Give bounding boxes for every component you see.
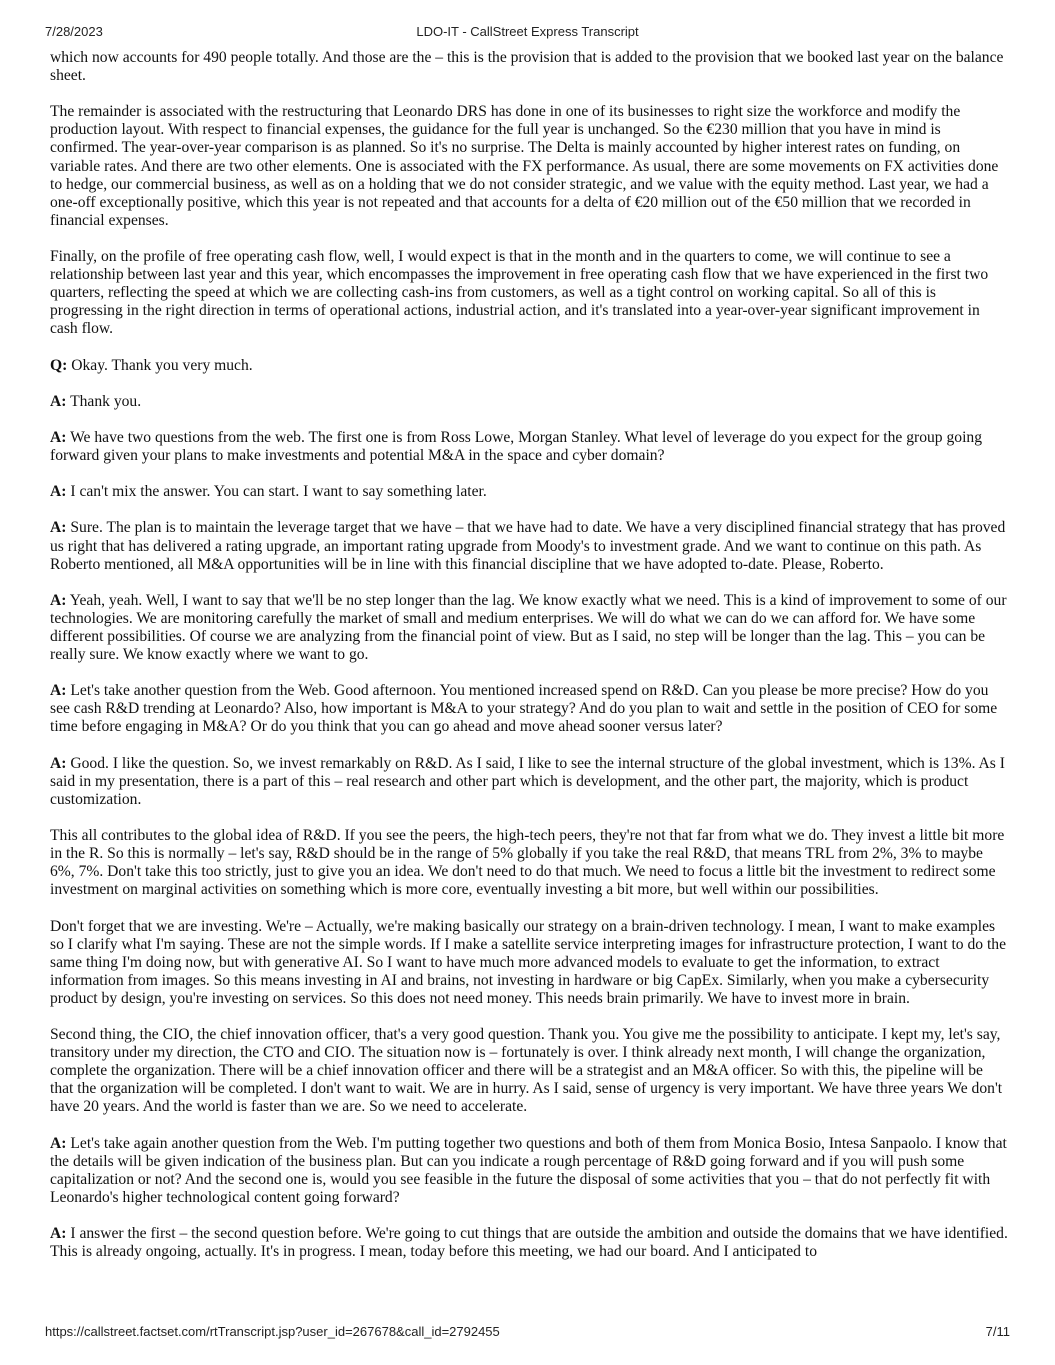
speaker-label: A: <box>50 682 66 699</box>
paragraph-text: I answer the first – the second question… <box>50 1225 1008 1260</box>
transcript-paragraph: A: Sure. The plan is to maintain the lev… <box>50 519 1010 573</box>
transcript-paragraph: A: We have two questions from the web. T… <box>50 429 1010 465</box>
speaker-label: A: <box>50 429 66 446</box>
paragraph-text: Finally, on the profile of free operatin… <box>50 248 988 337</box>
transcript-paragraph: which now accounts for 490 people totall… <box>50 49 1010 85</box>
transcript-paragraph: A: I can't mix the answer. You can start… <box>50 483 1010 501</box>
page-url: https://callstreet.factset.com/rtTranscr… <box>45 1324 500 1339</box>
paragraph-text: Second thing, the CIO, the chief innovat… <box>50 1026 1002 1115</box>
paragraph-text: which now accounts for 490 people totall… <box>50 49 1003 84</box>
paragraph-text: We have two questions from the web. The … <box>50 429 982 464</box>
paragraph-text: Don't forget that we are investing. We'r… <box>50 918 1006 1007</box>
speaker-label: A: <box>50 1135 66 1152</box>
paragraph-text: Okay. Thank you very much. <box>67 357 252 374</box>
speaker-label: Q: <box>50 357 67 374</box>
speaker-label: A: <box>50 393 66 410</box>
document-title: LDO-IT - CallStreet Express Transcript <box>45 24 1010 39</box>
speaker-label: A: <box>50 483 66 500</box>
transcript-paragraph: A: Thank you. <box>50 393 1010 411</box>
transcript-paragraph: The remainder is associated with the res… <box>50 103 1010 230</box>
page-number: 7/11 <box>986 1324 1010 1339</box>
transcript-paragraph: A: Let's take again another question fro… <box>50 1135 1010 1207</box>
speaker-label: A: <box>50 592 66 609</box>
transcript-paragraph: A: I answer the first – the second quest… <box>50 1225 1010 1261</box>
paragraph-text: This all contributes to the global idea … <box>50 827 1004 898</box>
print-header: 7/28/2023 LDO-IT - CallStreet Express Tr… <box>45 24 1010 42</box>
transcript-body: which now accounts for 490 people totall… <box>50 49 1010 1279</box>
print-footer: https://callstreet.factset.com/rtTranscr… <box>45 1324 1010 1342</box>
paragraph-text: Let's take again another question from t… <box>50 1135 1007 1206</box>
speaker-label: A: <box>50 755 66 772</box>
transcript-paragraph: Finally, on the profile of free operatin… <box>50 248 1010 338</box>
paragraph-text: Yeah, yeah. Well, I want to say that we'… <box>50 592 1007 663</box>
speaker-label: A: <box>50 519 66 536</box>
paragraph-text: I can't mix the answer. You can start. I… <box>66 483 486 500</box>
transcript-paragraph: A: Yeah, yeah. Well, I want to say that … <box>50 592 1010 664</box>
paragraph-text: Sure. The plan is to maintain the levera… <box>50 519 1005 572</box>
paragraph-text: Good. I like the question. So, we invest… <box>50 755 1005 808</box>
transcript-paragraph: This all contributes to the global idea … <box>50 827 1010 899</box>
paragraph-text: Let's take another question from the Web… <box>50 682 997 735</box>
speaker-label: A: <box>50 1225 66 1242</box>
transcript-paragraph: A: Let's take another question from the … <box>50 682 1010 736</box>
paragraph-text: The remainder is associated with the res… <box>50 103 998 229</box>
paragraph-text: Thank you. <box>66 393 141 410</box>
transcript-paragraph: Second thing, the CIO, the chief innovat… <box>50 1026 1010 1116</box>
transcript-paragraph: Don't forget that we are investing. We'r… <box>50 918 1010 1008</box>
transcript-paragraph: A: Good. I like the question. So, we inv… <box>50 755 1010 809</box>
transcript-paragraph: Q: Okay. Thank you very much. <box>50 357 1010 375</box>
